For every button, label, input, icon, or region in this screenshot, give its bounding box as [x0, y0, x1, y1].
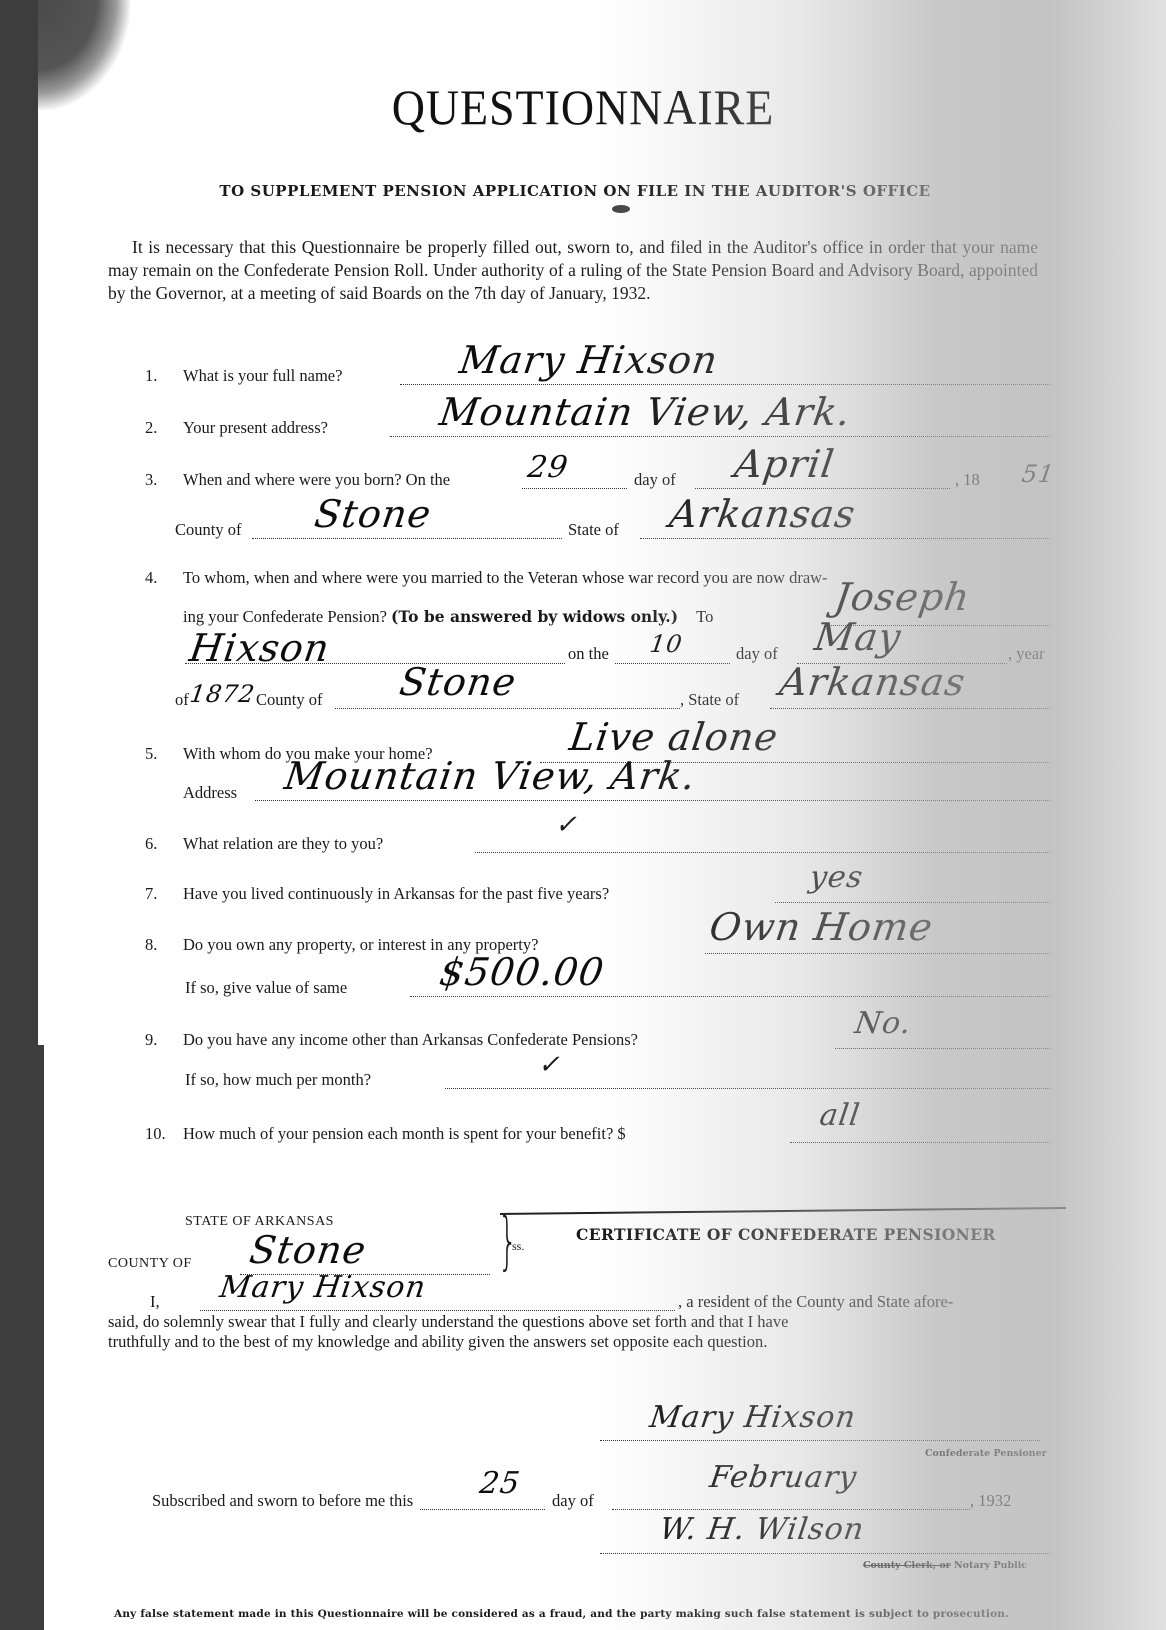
present-address-field[interactable]: Mountain View, Ark.	[437, 390, 854, 434]
oath-text-line-3: truthfully and to the best of my knowled…	[108, 1332, 767, 1352]
answer-line	[420, 1509, 545, 1510]
answer-line	[695, 488, 950, 489]
answer-line	[790, 1142, 1050, 1143]
question-number: 5.	[145, 744, 183, 764]
on-the-label: on the	[568, 644, 609, 664]
i-label: I,	[150, 1292, 160, 1312]
oath-text-line-2: said, do solemnly swear that I fully and…	[108, 1312, 788, 1332]
sworn-month-field[interactable]: February	[708, 1460, 860, 1495]
question-number: 2.	[145, 418, 183, 438]
year-prefix: 18	[963, 470, 980, 489]
page-subtitle: TO SUPPLEMENT PENSION APPLICATION ON FIL…	[150, 182, 1000, 200]
answer-line	[445, 1088, 1050, 1089]
questionnaire-page: QUESTIONNAIRE TO SUPPLEMENT PENSION APPL…	[0, 0, 1166, 1630]
sworn-day-field[interactable]: 25	[478, 1466, 523, 1501]
per-month-field[interactable]: ✓	[538, 1050, 560, 1080]
question-number: 9.	[145, 1030, 183, 1050]
address-label: Address	[183, 783, 237, 803]
question-label: How much of your pension each month is s…	[183, 1124, 626, 1143]
struck-county-clerk: County Clerk, or	[863, 1560, 951, 1571]
marriage-state-field[interactable]: Arkansas	[777, 660, 969, 704]
answer-line	[255, 800, 1050, 801]
question-number: 7.	[145, 884, 183, 904]
answer-line	[475, 852, 1050, 853]
full-name-field[interactable]: Mary Hixson	[457, 338, 721, 382]
year-suffix[interactable]: 2	[1003, 1491, 1011, 1510]
day-of-label: day of	[552, 1491, 594, 1511]
question-label: Have you lived continuously in Arkansas …	[183, 884, 609, 903]
own-property-field[interactable]: Own Home	[707, 905, 936, 949]
spouse-last-name-field[interactable]: Hixson	[187, 626, 333, 670]
question-10: 10.How much of your pension each month i…	[145, 1124, 626, 1144]
answer-line	[705, 953, 1050, 954]
question-label: To whom, when and where were you married…	[183, 568, 828, 587]
signature-label: Confederate Pensioner	[925, 1448, 1047, 1459]
ornament-icon	[612, 205, 630, 213]
county-label: County of	[175, 520, 241, 540]
question-label: What relation are they to you?	[183, 834, 383, 853]
property-value-field[interactable]: $500.00	[437, 950, 607, 994]
other-income-field[interactable]: No.	[853, 1006, 914, 1041]
property-value-label: If so, give value of same	[185, 978, 347, 998]
question-7: 7.Have you lived continuously in Arkansa…	[145, 884, 609, 904]
year-prefix: , 193	[970, 1491, 1003, 1510]
marriage-day-field[interactable]: 10	[648, 630, 684, 658]
section-divider	[500, 1207, 1066, 1215]
notary-signature[interactable]: W. H. Wilson	[658, 1512, 867, 1547]
spouse-first-name-field[interactable]: Joseph	[832, 575, 973, 619]
answer-line	[775, 902, 1050, 903]
birth-month-field[interactable]: April	[732, 442, 837, 486]
question-1: 1.What is your full name?	[145, 366, 342, 386]
question-number: 3.	[145, 470, 183, 490]
answer-line	[410, 996, 1050, 997]
answer-line	[612, 1509, 970, 1510]
answer-line	[200, 1310, 675, 1311]
question-number: 6.	[145, 834, 183, 854]
answer-line	[400, 384, 1050, 385]
answer-line	[390, 436, 1050, 437]
year-label: , year	[1008, 644, 1045, 664]
question-number: 10.	[145, 1124, 183, 1144]
question-3: 3.When and where were you born? On the	[145, 470, 450, 490]
question-label: Your present address?	[183, 418, 328, 437]
county-of-label: COUNTY OF	[108, 1256, 192, 1272]
ss-label: ss.	[512, 1239, 524, 1254]
answer-line	[770, 708, 1050, 709]
answer-line	[640, 538, 1050, 539]
question-6: 6.What relation are they to you?	[145, 834, 383, 854]
county-label: County of	[256, 690, 322, 710]
answer-line	[252, 538, 562, 539]
answer-line	[522, 488, 627, 489]
question-label: What is your full name?	[183, 366, 342, 385]
lived-continuously-field[interactable]: yes	[808, 860, 866, 895]
sworn-year: , 1932	[970, 1491, 1011, 1511]
resident-text: , a resident of the County and State afo…	[678, 1292, 953, 1312]
to-label: To	[696, 607, 713, 626]
question-label: Do you have any income other than Arkans…	[183, 1030, 638, 1049]
notary-signature-line	[600, 1553, 1050, 1554]
sworn-label: Subscribed and sworn to before me this	[152, 1491, 413, 1511]
answer-line	[835, 1048, 1050, 1049]
state-label: , State of	[680, 690, 739, 710]
certificate-title: CERTIFICATE OF CONFEDERATE PENSIONER	[576, 1225, 996, 1244]
marriage-year-field[interactable]: 1872	[188, 680, 257, 708]
question-number: 4.	[145, 568, 183, 588]
signature-line	[600, 1440, 1040, 1441]
question-4: 4.To whom, when and where were you marri…	[145, 568, 828, 588]
marriage-county-field[interactable]: Stone	[397, 660, 519, 704]
birth-state-field[interactable]: Arkansas	[667, 492, 859, 536]
page-title: QUESTIONNAIRE	[47, 78, 1120, 136]
answer-line	[335, 708, 680, 709]
question-label: ing your Confederate Pension?	[183, 607, 387, 626]
question-label: When and where were you born? On the	[183, 470, 450, 489]
of-label: of	[175, 690, 189, 710]
certificate-name-field[interactable]: Mary Hixson	[218, 1270, 429, 1305]
question-4-line2: ing your Confederate Pension? (To be ans…	[183, 607, 713, 627]
birth-year-field[interactable]: 51	[1020, 460, 1056, 488]
home-with-field[interactable]: Live alone	[567, 715, 781, 759]
birth-county-field[interactable]: Stone	[312, 492, 434, 536]
notary-label: County Clerk, or Notary Public	[863, 1560, 1027, 1571]
birth-year: , 18	[955, 470, 980, 490]
question-number: 8.	[145, 935, 183, 955]
fraud-warning: Any false statement made in this Questio…	[114, 1608, 1074, 1620]
certificate-county-field[interactable]: Stone	[247, 1228, 369, 1272]
intro-paragraph: It is necessary that this Questionnaire …	[108, 236, 1038, 305]
per-month-label: If so, how much per month?	[185, 1070, 371, 1090]
state-label: State of	[568, 520, 619, 540]
question-number: 1.	[145, 366, 183, 386]
birth-day-field[interactable]: 29	[526, 450, 571, 485]
pensioner-signature[interactable]: Mary Hixson	[648, 1400, 859, 1435]
question-2: 2.Your present address?	[145, 418, 328, 438]
answer-line	[615, 663, 730, 664]
widows-note: (To be answered by widows only.)	[391, 607, 678, 626]
day-of-label: day of	[634, 470, 676, 490]
marriage-month-field[interactable]: May	[812, 615, 904, 659]
home-address-field[interactable]: Mountain View, Ark.	[282, 754, 699, 798]
relation-field[interactable]: ✓	[555, 810, 577, 840]
pension-benefit-field[interactable]: all	[818, 1098, 863, 1133]
day-of-label: day of	[736, 644, 778, 664]
question-9: 9.Do you have any income other than Arka…	[145, 1030, 638, 1050]
notary-public-label: Notary Public	[954, 1560, 1027, 1571]
